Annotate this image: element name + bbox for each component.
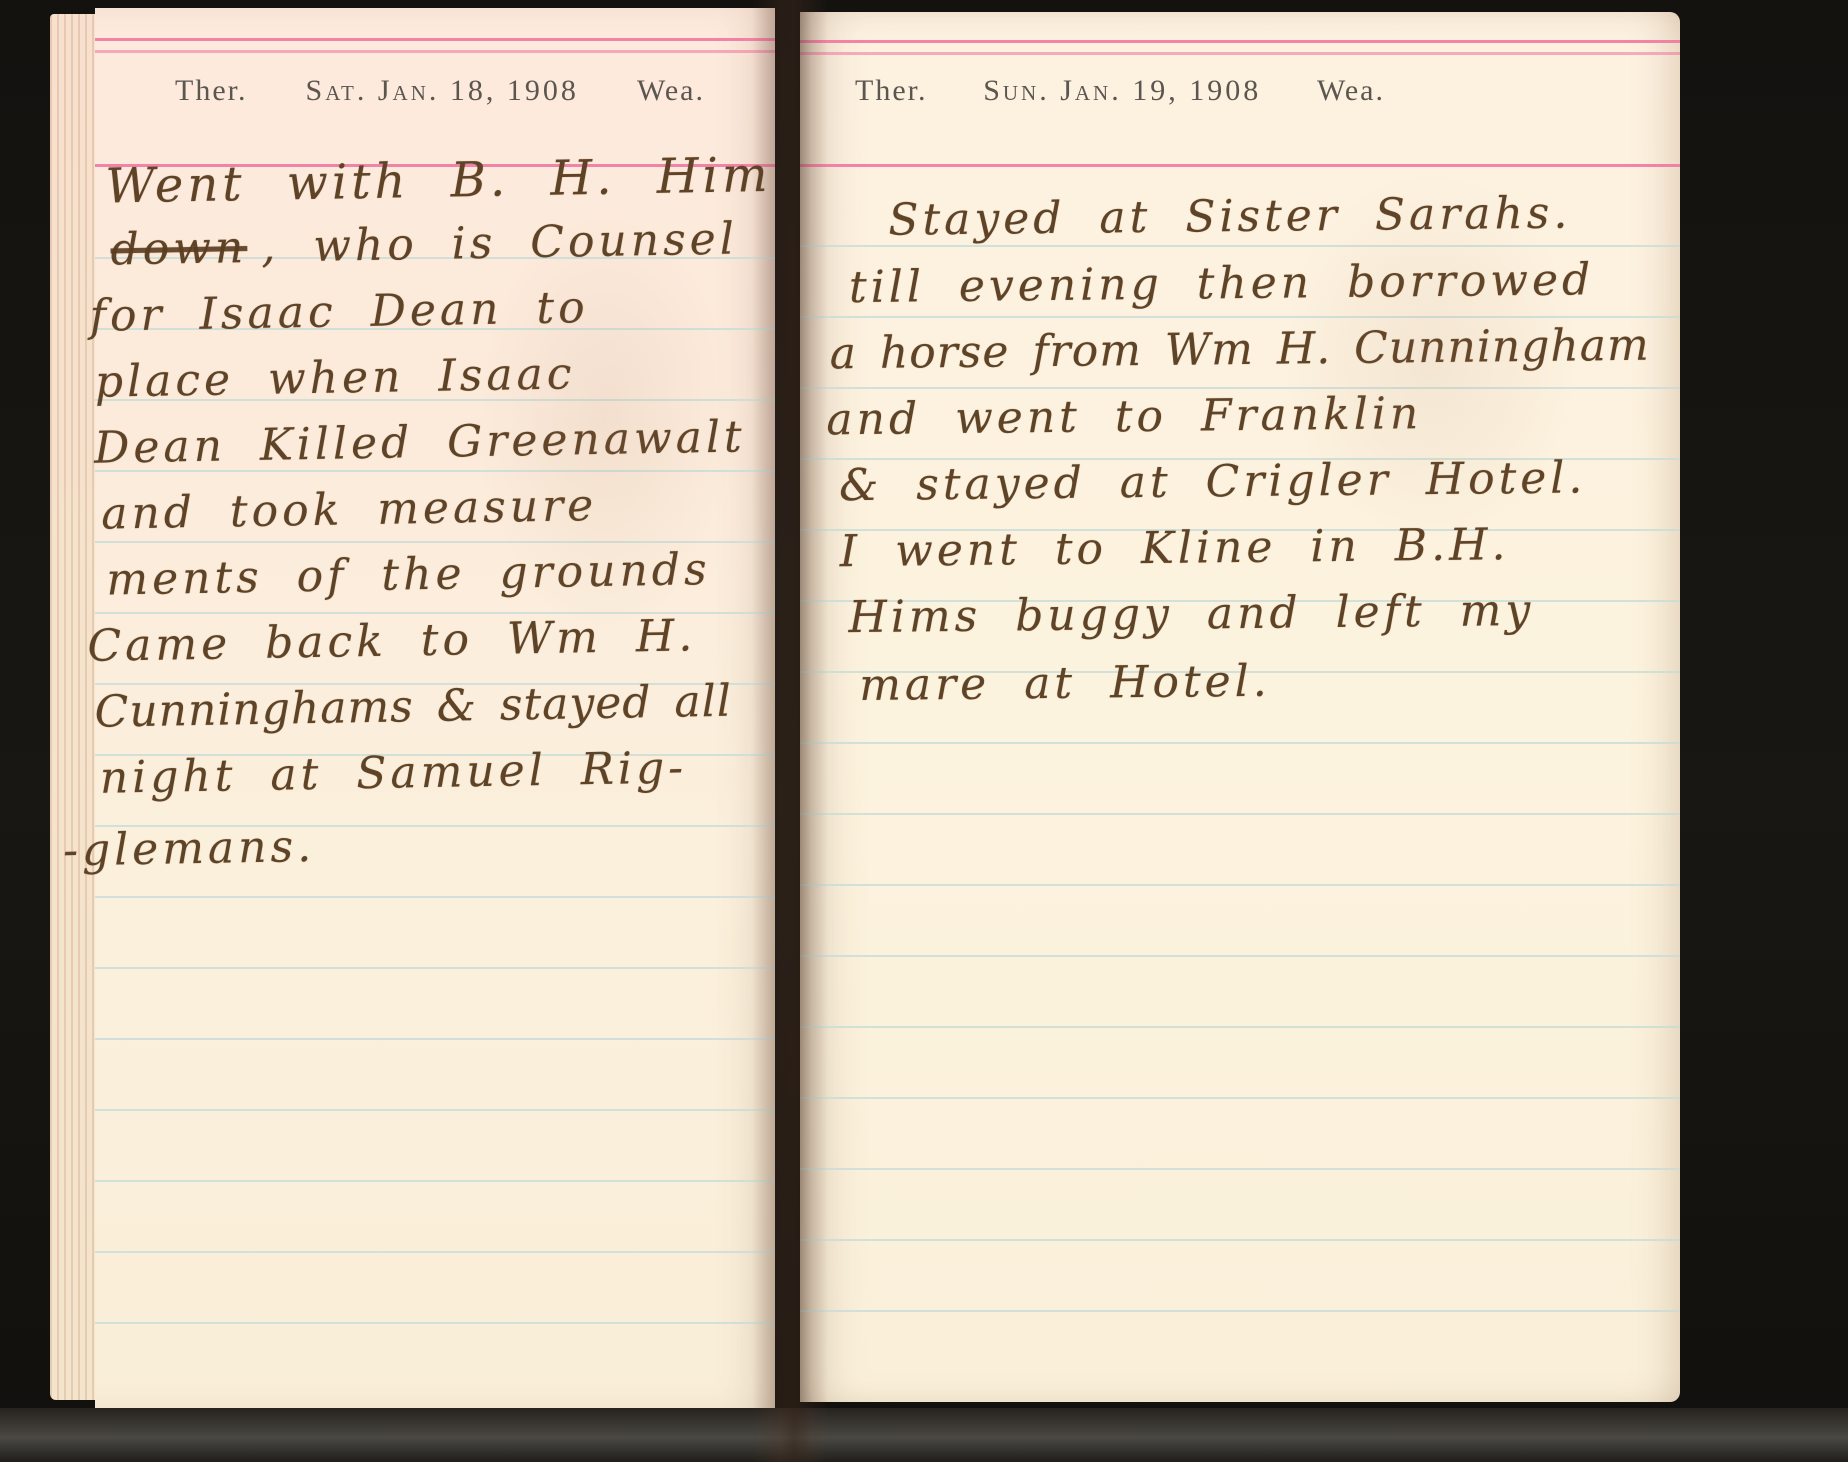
struck-word: down xyxy=(110,222,248,275)
diary-line: -glemans. xyxy=(63,821,316,876)
diary-line: I went to Kline in B.H. xyxy=(839,519,1509,577)
handwriting-left: Went with B. H. Him down, who is Counsel… xyxy=(92,0,796,1409)
diary-line: Went with B. H. Him xyxy=(105,147,772,215)
diary-line: down, who is Counsel xyxy=(110,213,738,275)
diary-line: Dean Killed Greenawalt xyxy=(94,411,746,473)
diary-line: mare at Hotel. xyxy=(859,656,1271,711)
diary-line: and took measure xyxy=(101,480,598,540)
book-bottom-edge xyxy=(0,1408,1848,1462)
diary-line: Cunninghams & stayed all xyxy=(94,676,732,738)
diary-line: and went to Franklin xyxy=(826,388,1422,445)
diary-line-rest: , who is Counsel xyxy=(261,213,738,272)
left-page: Ther. Sat. Jan. 18, 1908 Wea. Went with … xyxy=(95,8,775,1408)
diary-line: Hims buggy and left my xyxy=(848,585,1534,643)
right-page: Ther. Sun. Jan. 19, 1908 Wea. Stayed at … xyxy=(800,12,1680,1402)
diary-line: till evening then borrowed xyxy=(849,254,1595,313)
diary-line: & stayed at Crigler Hotel. xyxy=(839,452,1587,511)
diary-line: Stayed at Sister Sarahs. xyxy=(888,188,1572,246)
left-page-edge-stack xyxy=(50,14,98,1400)
diary-scan: Ther. Sat. Jan. 18, 1908 Wea. Went with … xyxy=(0,0,1848,1479)
diary-line: ments of the grounds xyxy=(106,544,711,606)
handwriting-right: Stayed at Sister Sarahs. till evening th… xyxy=(798,3,1693,1402)
diary-line: place when Isaac xyxy=(94,348,575,407)
diary-line: Came back to Wm H. xyxy=(87,610,697,672)
diary-line: for Isaac Dean to xyxy=(89,282,589,342)
diary-line: a horse from Wm H. Cunningham xyxy=(829,320,1650,380)
diary-line: night at Samuel Rig- xyxy=(99,742,687,803)
